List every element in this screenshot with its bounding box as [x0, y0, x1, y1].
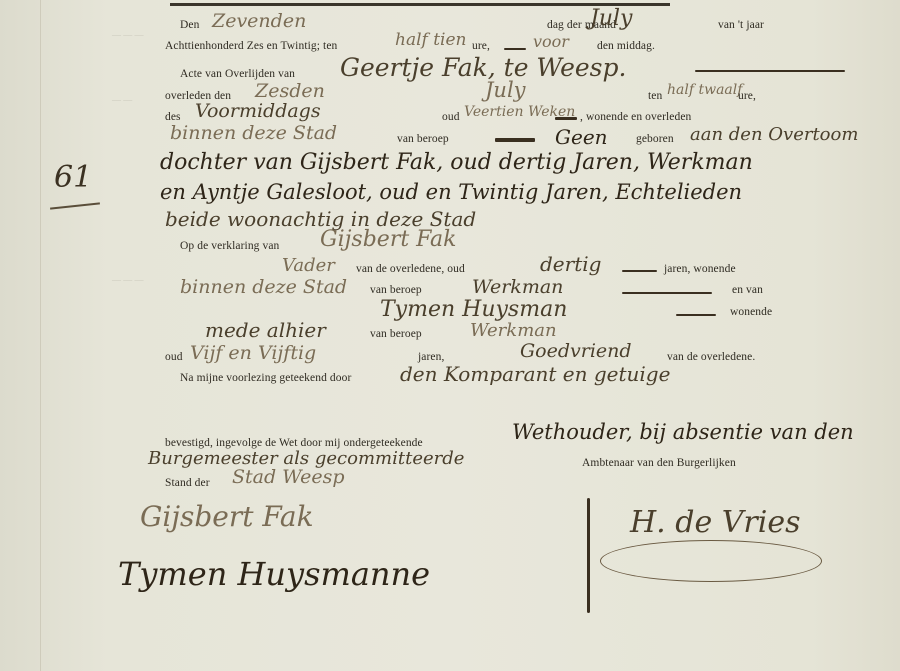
register-number-underline	[50, 202, 100, 209]
filler-dash	[555, 117, 577, 120]
hw-declarant1-occupation: Werkman	[472, 276, 563, 298]
bleed-through-text: — — —	[112, 30, 144, 40]
printed-ten: ten	[648, 90, 662, 102]
hw-stand: Stad Weesp	[232, 466, 345, 488]
hw-declarant1-relation: Vader	[282, 255, 335, 276]
signature-flourish	[600, 540, 822, 582]
filler-dash	[695, 70, 845, 72]
hw-declarant2-residence: mede alhier	[205, 318, 326, 342]
signature-official: H. de Vries	[630, 505, 800, 540]
hw-declarant2-relation: Goedvriend	[520, 340, 632, 362]
hw-declarant2-age: Vijf en Vijftig	[190, 342, 316, 364]
hw-declarant1: Gijsbert Fak	[320, 227, 456, 252]
printed-van-beroep: van beroep	[397, 133, 449, 145]
printed-acte: Acte van Overlijden van	[180, 68, 295, 80]
hw-birthplace: aan den Overtoom	[690, 124, 858, 145]
page-fold	[40, 0, 41, 671]
printed-geboren: geboren	[636, 133, 674, 145]
hw-death-period: Voormiddags	[195, 100, 321, 122]
hw-death-hour: half twaalf	[667, 82, 742, 98]
printed-ambtenaar: Ambtenaar van den Burgerlijken	[582, 457, 736, 469]
printed-wonende-en-overleden: , wonende en overleden	[580, 111, 691, 123]
printed-van-t-jaar: van 't jaar	[718, 19, 764, 31]
printed-van-de-overledene: van de overledene, oud	[356, 263, 465, 275]
hw-deceased-name: Geertje Fak, te Weesp.	[340, 53, 626, 82]
hw-declarant1-residence: binnen deze Stad	[180, 276, 347, 298]
document-page: — — — — — — — — 61 Den Zevenden dag der …	[0, 0, 900, 671]
printed-ure: ure,	[472, 40, 490, 52]
hw-signed-by: den Komparant en getuige	[400, 362, 670, 386]
printed-op-de-verklaring: Op de verklaring van	[180, 240, 279, 252]
printed-jaren-wonende: jaren, wonende	[664, 263, 736, 275]
hw-time-of-day: voor	[533, 32, 569, 51]
hw-hour: half tien	[395, 30, 467, 50]
bleed-through-text: — —	[112, 95, 132, 105]
filler-dash	[676, 314, 716, 316]
hw-declarant2: Tymen Huysman	[380, 297, 567, 322]
signature-tymen-huysman: Tymen Huysmanne	[118, 555, 430, 593]
hw-parents-line1: dochter van Gijsbert Fak, oud dertig Jar…	[160, 150, 753, 175]
printed-oud: oud	[442, 111, 460, 123]
signature-brace	[587, 498, 590, 613]
printed-en-van: en van	[732, 284, 763, 296]
filler-dash	[622, 270, 657, 272]
hw-official-title1: Wethouder, bij absentie van den	[512, 420, 854, 444]
hw-month: July	[590, 6, 632, 31]
hw-parents-line2: en Ayntje Galesloot, oud en Twintig Jare…	[160, 180, 742, 204]
signature-gijsbert-fak: Gijsbert Fak	[140, 500, 314, 533]
printed-stand-der: Stand der	[165, 477, 210, 489]
printed-year: Achttienhonderd Zes en Twintig; ten	[165, 40, 337, 52]
printed-ure-2: ure,	[738, 90, 756, 102]
printed-oud-2: oud	[165, 351, 183, 363]
hw-day: Zevenden	[212, 10, 306, 32]
printed-na-mijne-voorlezing: Na mijne voorlezing geteekend door	[180, 372, 351, 384]
printed-van-de-overledene-2: van de overledene.	[667, 351, 755, 363]
hw-residence: binnen deze Stad	[170, 122, 337, 144]
printed-wonende: wonende	[730, 306, 772, 318]
bleed-through-text: — — —	[112, 275, 144, 285]
printed-den-middag: den middag.	[597, 40, 655, 52]
printed-van-beroep-2: van beroep	[370, 284, 422, 296]
hw-death-day: Zesden	[255, 80, 325, 102]
filler-dash	[622, 292, 712, 294]
filler-dash	[504, 48, 526, 50]
printed-den: Den	[180, 19, 199, 31]
filler-dash	[495, 138, 535, 142]
register-number: 61	[54, 160, 92, 195]
hw-death-month: July	[485, 78, 526, 102]
hw-declarant1-age: dertig	[540, 252, 601, 276]
hw-occupation: Geen	[555, 125, 608, 149]
hw-declarant2-occupation: Werkman	[470, 320, 557, 341]
printed-van-beroep-3: van beroep	[370, 328, 422, 340]
